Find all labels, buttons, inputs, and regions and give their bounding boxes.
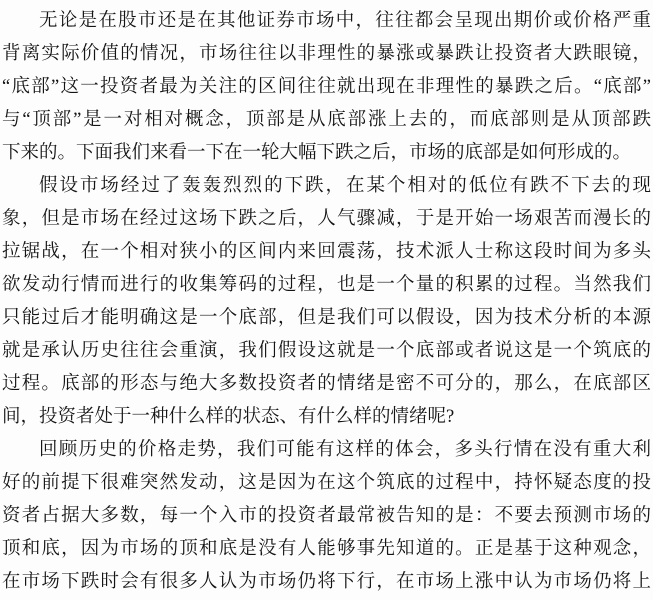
text-line: 间，投资者处于一种什么样的状态、有什么样的情绪呢?: [2, 401, 651, 434]
body-text: 无论是在股市还是在其他证券市场中，往往都会呈现出期价或价格严重背离实际价值的情况…: [2, 5, 651, 599]
paragraph: 无论是在股市还是在其他证券市场中，往往都会呈现出期价或价格严重背离实际价值的情况…: [2, 5, 651, 170]
text-line: 与“顶部”是一对相对概念，顶部是从底部涨上去的，而底部则是从顶部跌: [2, 104, 651, 137]
text-line: 象，但是市场在经过这场下跌之后，人气骤减，于是开始一场艰苦而漫长的: [2, 203, 651, 236]
text-line: 假设市场经过了轰轰烈烈的下跌，在某个相对的低位有跌不下去的现: [2, 170, 651, 203]
text-line: “底部”这一投资者最为关注的区间往往就出现在非理性的暴跌之后。“底部”: [2, 71, 651, 104]
text-line: 只能过后才能明确这是一个底部，但是我们可以假设，因为技术分析的本源: [2, 302, 651, 335]
text-line: 背离实际价值的情况，市场往往以非理性的暴涨或暴跌让投资者大跌眼镜，: [2, 38, 651, 71]
text-line: 下来的。下面我们来看一下在一轮大幅下跌之后，市场的底部是如何形成的。: [2, 137, 651, 170]
text-line: 回顾历史的价格走势，我们可能有这样的体会，多头行情在没有重大利: [2, 434, 651, 467]
text-line: 就是承认历史往往会重演，我们假设这就是一个底部或者说这是一个筑底的: [2, 335, 651, 368]
paragraph: 回顾历史的价格走势，我们可能有这样的体会，多头行情在没有重大利好的前提下很难突然…: [2, 434, 651, 599]
text-line: 资者占据大多数，每一个入市的投资者最常被告知的是：不要去预测市场的: [2, 500, 651, 533]
text-line: 欲发动行情而进行的收集筹码的过程，也是一个量的积累的过程。当然我们: [2, 269, 651, 302]
text-line: 在市场下跌时会有很多人认为市场仍将下行，在市场上涨中认为市场仍将上: [2, 566, 651, 599]
paragraph: 假设市场经过了轰轰烈烈的下跌，在某个相对的低位有跌不下去的现象，但是市场在经过这…: [2, 170, 651, 434]
text-line: 过程。底部的形态与绝大多数投资者的情绪是密不可分的，那么，在底部区: [2, 368, 651, 401]
text-line: 顶和底，因为市场的顶和底是没有人能够事先知道的。正是基于这种观念，: [2, 533, 651, 566]
document-page: 无论是在股市还是在其他证券市场中，往往都会呈现出期价或价格严重背离实际价值的情况…: [0, 0, 653, 600]
text-line: 好的前提下很难突然发动，这是因为在这个筑底的过程中，持怀疑态度的投: [2, 467, 651, 500]
text-line: 无论是在股市还是在其他证券市场中，往往都会呈现出期价或价格严重: [2, 5, 651, 38]
text-line: 拉锯战，在一个相对狭小的区间内来回震荡，技术派人士称这段时间为多头: [2, 236, 651, 269]
